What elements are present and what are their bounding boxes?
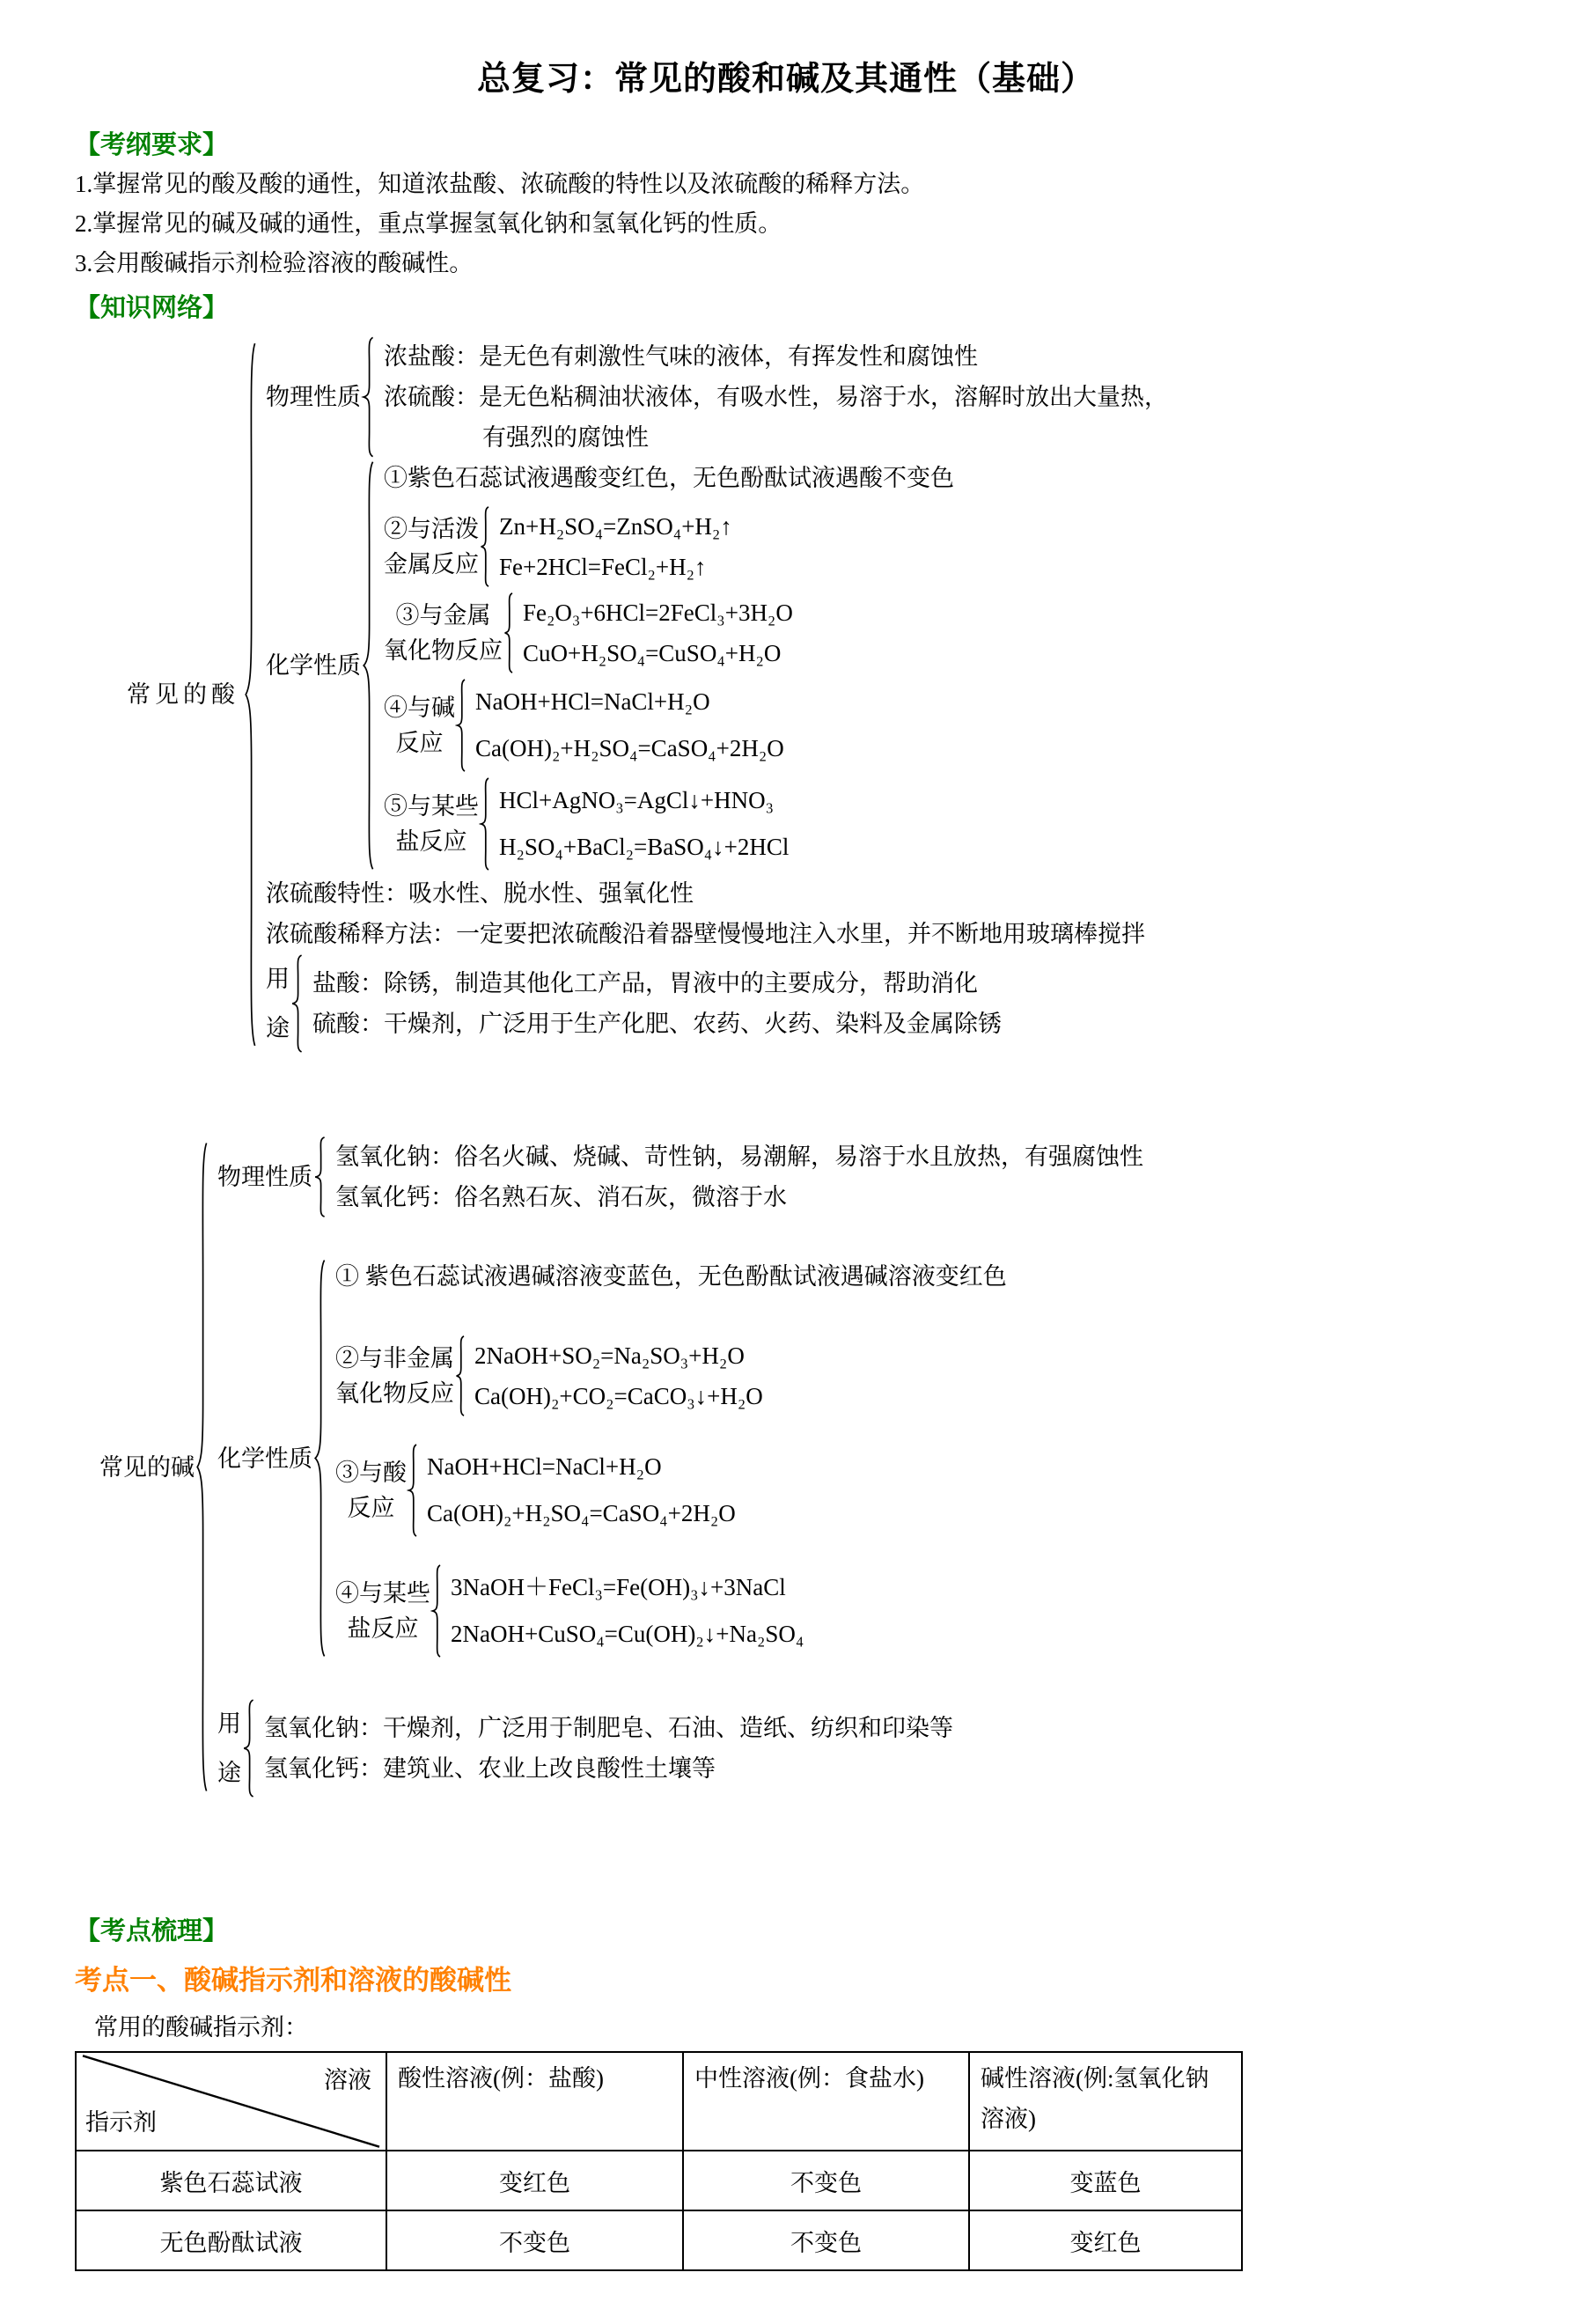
curly-brace — [361, 458, 375, 873]
acid-metal-oxide-label: ③与金属 氧化物反应 — [384, 598, 503, 668]
base-usage-label: 用 途 — [217, 1699, 241, 1798]
acid-metal-oxide-branch: ③与金属 氧化物反应 Fe₂O₃+6HCl=2FeCl₃+3H₂O CuO+H₂… — [384, 592, 954, 673]
requirement-item-2: 2.掌握常见的碱及碱的通性，重点掌握氢氧化钠和氢氧化钙的性质。 — [75, 204, 1497, 244]
base-nonmetal-oxide-branch: ②与非金属 氧化物反应 2NaOH+SO₂=Na₂SO₃+H₂O Ca(OH)₂… — [335, 1335, 1007, 1416]
equation: Fe+2HCl=FeCl₂+H₂↑ — [499, 547, 732, 587]
curly-brace — [407, 1444, 418, 1537]
equation: H₂SO₄+BaCl₂=BaSO₄↓+2HCl — [499, 824, 789, 871]
row-indicator-name: 无色酚酞试液 — [76, 2210, 386, 2270]
base-physical-branch: 物理性质 氢氧化钠：俗名火碱、烧碱、苛性钠，易潮解，易溶于水且放热，有强腐蚀性 … — [217, 1136, 1143, 1217]
equation: HCl+AgNO₃=AgCl↓+HNO₃ — [499, 777, 789, 824]
cell-neutral: 不变色 — [683, 2151, 969, 2210]
equation: Fe₂O₃+6HCl=2FeCl₃+3H₂O — [523, 592, 793, 633]
curly-brace — [195, 1136, 209, 1798]
base-nonmetal-oxide-label: ②与非金属 氧化物反应 — [335, 1341, 454, 1411]
acid-h2so4-dilution: 浓硫酸稀释方法：一定要把浓硫酸沿着器壁慢慢地注入水里，并不断地用玻璃棒搅拌 — [266, 914, 1168, 954]
section-heading-knowledge-network: 【知识网络】 — [75, 289, 1497, 327]
column-header-basic: 碱性溶液(例:氢氧化钠溶液) — [969, 2052, 1242, 2151]
equation: NaOH+HCl=NaCl+H₂O — [475, 679, 784, 725]
acid-base-reaction-label: ④与碱 反应 — [384, 690, 455, 761]
base-chemical-branch: 化学性质 ① 紫色石蕊试液遇碱溶液变蓝色，无色酚酞试液遇碱溶液变红色 ②与非金属… — [217, 1256, 1143, 1660]
topic1-heading: 考点一、酸碱指示剂和溶液的酸碱性 — [75, 1960, 1497, 2002]
acid-base-reaction-branch: ④与碱 反应 NaOH+HCl=NaCl+H₂O Ca(OH)₂+H₂SO₄=C… — [384, 679, 954, 772]
acid-salt-reaction-label: ⑤与某些 盐反应 — [384, 789, 479, 859]
table-header-row: 溶液 指示剂 酸性溶液(例：盐酸) 中性溶液(例：食盐水) 碱性溶液(例:氢氧化… — [76, 2052, 1242, 2151]
equation: Ca(OH)₂+H₂SO₄=CaSO₄+2H₂O — [475, 725, 784, 772]
base-physical-caoh2: 氢氧化钙：俗名熟石灰、消石灰，微溶于水 — [335, 1177, 1143, 1217]
base-root-label: 常见的碱 — [99, 1450, 195, 1485]
curly-brace — [454, 1335, 466, 1416]
acid-usage-h2so4: 硫酸：干燥剂，广泛用于生产化肥、农药、火药、染料及金属除锈 — [312, 1004, 1002, 1044]
requirement-item-3: 3.会用酸碱指示剂检验溶液的酸碱性。 — [75, 244, 1497, 283]
table-row: 紫色石蕊试液 变红色 不变色 变蓝色 — [76, 2151, 1242, 2210]
base-salt-reaction-label: ④与某些 盐反应 — [335, 1576, 430, 1646]
indicator-table: 溶液 指示剂 酸性溶液(例：盐酸) 中性溶液(例：食盐水) 碱性溶液(例:氢氧化… — [75, 2051, 1243, 2271]
curly-brace — [312, 1136, 327, 1217]
equation: 2NaOH+SO₂=Na₂SO₃+H₂O — [474, 1335, 763, 1376]
acid-root-label: 常见的酸 — [123, 677, 243, 712]
cell-acidic: 变红色 — [386, 2151, 683, 2210]
curly-brace — [455, 679, 466, 772]
corner-label-solution: 溶液 — [324, 2060, 371, 2100]
equation: CuO+H₂SO₄=CuSO₄+H₂O — [523, 633, 793, 673]
acid-physical-h2so4-cont: 有强烈的腐蚀性 — [384, 417, 1168, 458]
page-title: 总复习：常见的酸和碱及其通性（基础） — [75, 51, 1497, 99]
acid-usage-hcl: 盐酸：除锈，制造其他化工产品，胃液中的主要成分，帮助消化 — [312, 963, 1002, 1004]
acid-usage-label: 用 途 — [266, 954, 290, 1053]
equation: Ca(OH)₂+H₂SO₄=CaSO₄+2H₂O — [427, 1490, 736, 1537]
base-indicator-rule: ① 紫色石蕊试液遇碱溶液变蓝色，无色酚酞试液遇碱溶液变红色 — [335, 1256, 1007, 1297]
base-physical-naoh: 氢氧化钠：俗名火碱、烧碱、苛性钠，易潮解，易溶于水且放热，有强腐蚀性 — [335, 1136, 1143, 1177]
column-header-acidic: 酸性溶液(例：盐酸) — [386, 2052, 683, 2151]
curly-brace — [479, 506, 490, 587]
curly-brace — [430, 1564, 442, 1658]
base-usage-caoh2: 氢氧化钙：建筑业、农业上改良酸性土壤等 — [264, 1748, 953, 1789]
acid-indicator-rule: ①紫色石蕊试液遇酸变红色，无色酚酞试液遇酸不变色 — [384, 458, 954, 498]
base-usage-branch: 用 途 氢氧化钠：干燥剂，广泛用于制肥皂、石油、造纸、纺织和印染等 氢氧化钙：建… — [217, 1699, 1143, 1798]
acid-usage-branch: 用 途 盐酸：除锈，制造其他化工产品，胃液中的主要成分，帮助消化 硫酸：干燥剂，… — [266, 954, 1168, 1053]
cell-neutral: 不变色 — [683, 2210, 969, 2270]
base-usage-naoh: 氢氧化钠：干燥剂，广泛用于制肥皂、石油、造纸、纺织和印染等 — [264, 1708, 953, 1748]
acid-physical-label: 物理性质 — [266, 379, 361, 415]
cell-basic: 变蓝色 — [969, 2151, 1242, 2210]
base-chemical-label: 化学性质 — [217, 1441, 312, 1476]
acid-active-metal-label: ②与活泼 金属反应 — [384, 511, 479, 582]
equation: 2NaOH+CuSO₄=Cu(OH)₂↓+Na₂SO₄ — [451, 1611, 804, 1658]
equation: Zn+H₂SO₄=ZnSO₄+H₂↑ — [499, 506, 732, 547]
acid-chemical-branch: 化学性质 ①紫色石蕊试液遇酸变红色，无色酚酞试液遇酸不变色 ②与活泼 金属反应 … — [266, 458, 1168, 873]
acid-children: 物理性质 浓盐酸：是无色有刺激性气味的液体，有挥发性和腐蚀性 浓硫酸：是无色粘稠… — [257, 336, 1168, 1053]
column-header-neutral: 中性溶液(例：食盐水) — [683, 2052, 969, 2151]
cell-basic: 变红色 — [969, 2210, 1242, 2270]
indicator-table-intro: 常用的酸碱指示剂： — [94, 2005, 1497, 2049]
equation: NaOH+HCl=NaCl+H₂O — [427, 1444, 736, 1490]
base-acid-reaction-branch: ③与酸 反应 NaOH+HCl=NaCl+H₂O Ca(OH)₂+H₂SO₄=C… — [335, 1444, 1007, 1537]
acid-active-metal-branch: ②与活泼 金属反应 Zn+H₂SO₄=ZnSO₄+H₂↑ Fe+2HCl=FeC… — [384, 506, 954, 587]
knowledge-tree-acid: 常见的酸 物理性质 浓盐酸：是无色有刺激性气味的液体，有挥发性和腐蚀性 浓硫酸：… — [123, 336, 1497, 1053]
base-salt-reaction-branch: ④与某些 盐反应 3NaOH＋FeCl₃=Fe(OH)₃↓+3NaCl 2NaO… — [335, 1564, 1007, 1658]
corner-label-indicator: 指示剂 — [85, 2102, 157, 2143]
corner-cell: 溶液 指示剂 — [76, 2052, 386, 2151]
acid-chemical-label: 化学性质 — [266, 648, 361, 683]
base-acid-reaction-label: ③与酸 反应 — [335, 1455, 407, 1526]
table-row: 无色酚酞试液 不变色 不变色 变红色 — [76, 2210, 1242, 2270]
requirement-item-1: 1.掌握常见的酸及酸的通性，知道浓盐酸、浓硫酸的特性以及浓硫酸的稀释方法。 — [75, 165, 1497, 204]
curly-brace — [243, 336, 257, 1053]
equation: 3NaOH＋FeCl₃=Fe(OH)₃↓+3NaCl — [451, 1564, 804, 1611]
acid-root-branch: 常见的酸 物理性质 浓盐酸：是无色有刺激性气味的液体，有挥发性和腐蚀性 浓硫酸：… — [123, 336, 1497, 1053]
acid-salt-reaction-branch: ⑤与某些 盐反应 HCl+AgNO₃=AgCl↓+HNO₃ H₂SO₄+BaCl… — [384, 777, 954, 871]
curly-brace — [503, 592, 514, 673]
acid-physical-branch: 物理性质 浓盐酸：是无色有刺激性气味的液体，有挥发性和腐蚀性 浓硫酸：是无色粘稠… — [266, 336, 1168, 458]
curly-brace — [361, 336, 375, 458]
acid-h2so4-feature: 浓硫酸特性：吸水性、脱水性、强氧化性 — [266, 873, 1168, 914]
curly-brace — [241, 1699, 255, 1798]
curly-brace — [479, 777, 490, 871]
base-children: 物理性质 氢氧化钠：俗名火碱、烧碱、苛性钠，易潮解，易溶于水且放热，有强腐蚀性 … — [209, 1136, 1143, 1798]
acid-physical-hcl: 浓盐酸：是无色有刺激性气味的液体，有挥发性和腐蚀性 — [384, 336, 1168, 377]
cell-acidic: 不变色 — [386, 2210, 683, 2270]
row-indicator-name: 紫色石蕊试液 — [76, 2151, 386, 2210]
curly-brace — [290, 954, 304, 1053]
section-heading-review: 【考点梳理】 — [75, 1912, 1497, 1951]
section-heading-exam-requirements: 【考纲要求】 — [75, 126, 1497, 165]
document-page: 总复习：常见的酸和碱及其通性（基础） 【考纲要求】 1.掌握常见的酸及酸的通性，… — [0, 0, 1572, 2324]
base-root-branch: 常见的碱 物理性质 氢氧化钠：俗名火碱、烧碱、苛性钠，易潮解，易溶于水且放热，有… — [99, 1136, 1497, 1798]
base-physical-label: 物理性质 — [217, 1159, 312, 1195]
knowledge-tree-base: 常见的碱 物理性质 氢氧化钠：俗名火碱、烧碱、苛性钠，易潮解，易溶于水且放热，有… — [99, 1136, 1497, 1798]
acid-physical-h2so4: 浓硫酸：是无色粘稠油状液体，有吸水性，易溶于水，溶解时放出大量热， — [384, 377, 1168, 417]
equation: Ca(OH)₂+CO₂=CaCO₃↓+H₂O — [474, 1376, 763, 1416]
review-section: 【考点梳理】 考点一、酸碱指示剂和溶液的酸碱性 常用的酸碱指示剂： 溶液 指示剂… — [75, 1912, 1497, 2271]
curly-brace — [312, 1256, 327, 1660]
